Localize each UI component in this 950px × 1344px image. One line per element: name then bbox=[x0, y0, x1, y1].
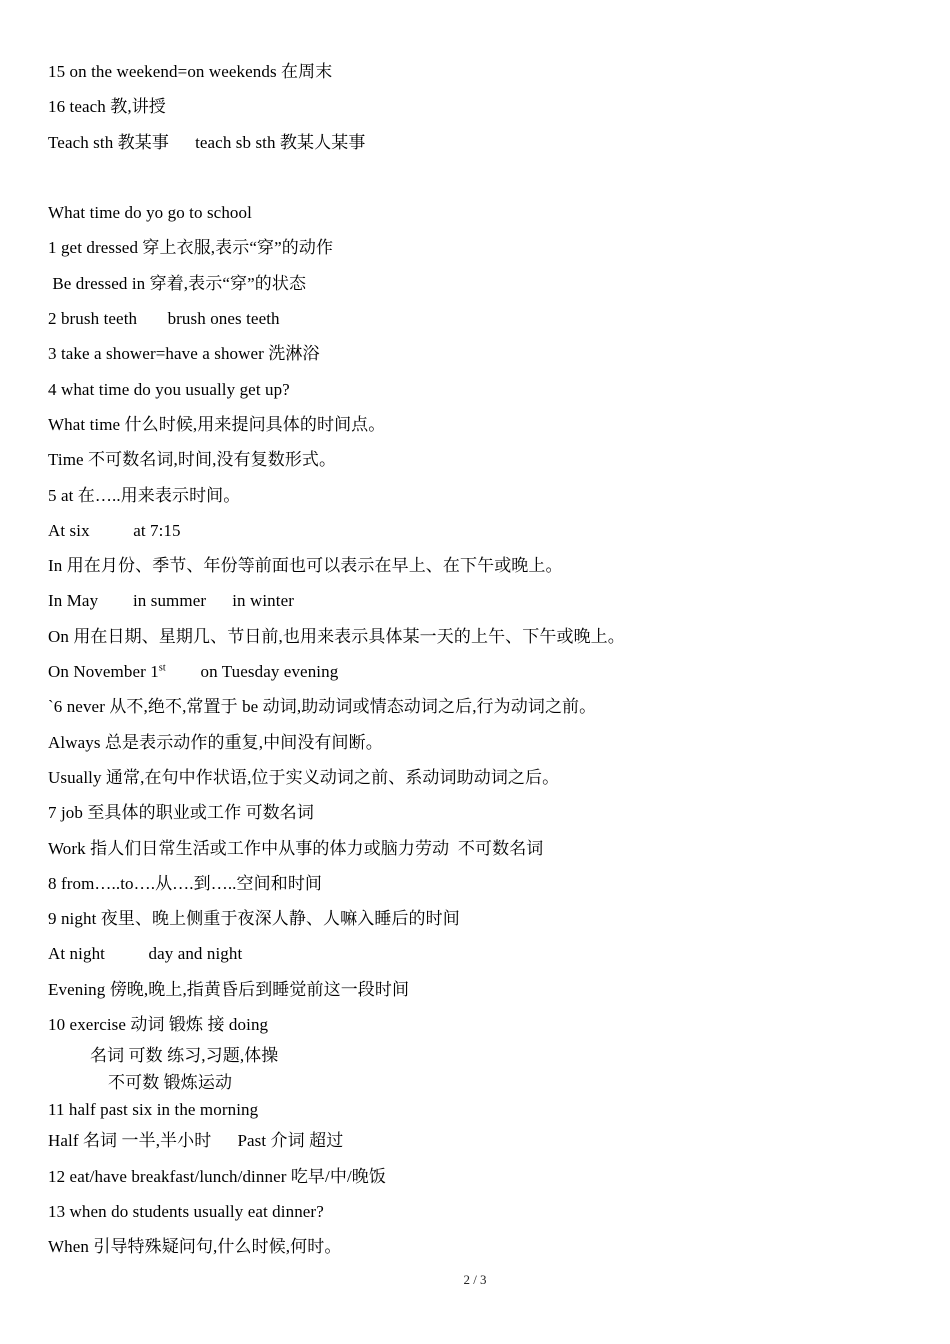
page-footer: 2 / 3 bbox=[0, 1271, 950, 1289]
text-line: 名词 可数 练习,习题,体操 bbox=[48, 1042, 920, 1069]
text-line: 1 get dressed 穿上衣服,表示“穿”的动作 bbox=[48, 230, 920, 265]
text-line: Usually 通常,在句中作状语,位于实义动词之前、系动词助动词之后。 bbox=[48, 760, 920, 795]
text-line: Work 指人们日常生活或工作中从事的体力或脑力劳动 不可数名词 bbox=[48, 831, 920, 866]
text-line: 10 exercise 动词 锻炼 接 doing bbox=[48, 1007, 920, 1042]
text-line: 13 when do students usually eat dinner? bbox=[48, 1194, 920, 1229]
text-line: In May in summer in winter bbox=[48, 583, 920, 618]
document-content: 15 on the weekend=on weekends 在周末16 teac… bbox=[48, 54, 920, 1265]
text-line: Always 总是表示动作的重复,中间没有间断。 bbox=[48, 725, 920, 760]
text-line: 5 at 在…..用来表示时间。 bbox=[48, 478, 920, 513]
text-line: 2 brush teeth brush ones teeth bbox=[48, 301, 920, 336]
text-line: What time 什么时候,用来提问具体的时间点。 bbox=[48, 407, 920, 442]
text-line: 11 half past six in the morning bbox=[48, 1096, 920, 1123]
text-line: 不可数 锻炼运动 bbox=[48, 1069, 920, 1096]
text-line: 12 eat/have breakfast/lunch/dinner 吃早/中/… bbox=[48, 1159, 920, 1194]
text-line: 16 teach 教,讲授 bbox=[48, 89, 920, 124]
page-number: 2 / 3 bbox=[463, 1272, 486, 1287]
text-line: At night day and night bbox=[48, 936, 920, 971]
document-page: 15 on the weekend=on weekends 在周末16 teac… bbox=[0, 0, 950, 1344]
text-line: What time do yo go to school bbox=[48, 195, 920, 230]
text-line: At six at 7:15 bbox=[48, 513, 920, 548]
text-line: On November 1st on Tuesday evening bbox=[48, 654, 920, 689]
text-line: Be dressed in 穿着,表示“穿”的状态 bbox=[48, 266, 920, 301]
text-line: 9 night 夜里、晚上侧重于夜深人静、人嘛入睡后的时间 bbox=[48, 901, 920, 936]
text-line: 7 job 至具体的职业或工作 可数名词 bbox=[48, 795, 920, 830]
blank-line bbox=[48, 160, 920, 195]
text-line: 15 on the weekend=on weekends 在周末 bbox=[48, 54, 920, 89]
text-line: Time 不可数名词,时间,没有复数形式。 bbox=[48, 442, 920, 477]
text-line: Evening 傍晚,晚上,指黄昏后到睡觉前这一段时间 bbox=[48, 972, 920, 1007]
text-line: In 用在月份、季节、年份等前面也可以表示在早上、在下午或晚上。 bbox=[48, 548, 920, 583]
text-line: 8 from…..to….从….到…..空间和时间 bbox=[48, 866, 920, 901]
text-line: `6 never 从不,绝不,常置于 be 动词,助动词或情态动词之后,行为动词… bbox=[48, 689, 920, 724]
text-line: On 用在日期、星期几、节日前,也用来表示具体某一天的上午、下午或晚上。 bbox=[48, 619, 920, 654]
text-line: Teach sth 教某事 teach sb sth 教某人某事 bbox=[48, 125, 920, 160]
text-line: 3 take a shower=have a shower 洗淋浴 bbox=[48, 336, 920, 371]
text-line: 4 what time do you usually get up? bbox=[48, 372, 920, 407]
text-line: When 引导特殊疑问句,什么时候,何时。 bbox=[48, 1229, 920, 1264]
text-line: Half 名词 一半,半小时 Past 介词 超过 bbox=[48, 1123, 920, 1158]
